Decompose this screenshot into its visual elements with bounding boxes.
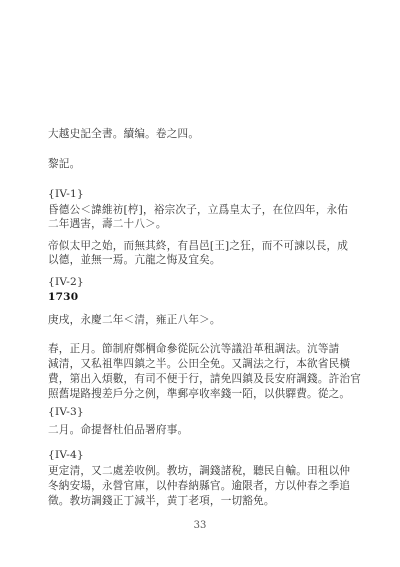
paragraph-line: 帝似太甲之始，而無其終，有昌邑[王]之狂，而不可諫以長，成	[48, 240, 348, 253]
paragraph-line: 減清，又私祖準四鎮之半。公田全免。又調法之行，本欲省民橫	[48, 358, 350, 371]
paragraph-line: 冬納安場，永營官庫，以仲春納縣官。逾限者，方以仲春之季追	[48, 480, 350, 493]
paragraph-line: 二年遇害，壽二十八＞。	[48, 218, 167, 231]
entry-tag: {IV-2}	[48, 276, 84, 289]
paragraph-line: 照舊堤路搜差戶分之例，準郵亭收率錢一陌，以供驛費。從之。	[48, 388, 350, 401]
section-heading: 黎記。	[48, 158, 80, 171]
page-number: 33	[0, 520, 400, 531]
paragraph-line: 徵。教坊調錢正丁減半，黄丁老項，一切豁免。	[48, 495, 275, 508]
paragraph-line: 二月。命提督杜伯品署府事。	[48, 424, 188, 437]
paragraph-line: 昏德公＜諱維祊[梈]，裕宗次子，立爲皇太子，在位四年，永佑	[48, 204, 348, 217]
paragraph-line: 更定清，又二處差收例。教坊，調錢諸稅，聽民自輸。田租以仲	[48, 465, 350, 478]
entry-tag: {IV-4}	[48, 449, 84, 462]
paragraph-line: 以德，並無一焉。亢龍之悔及宜矣。	[48, 254, 221, 267]
paragraph-line: 費，第出入煩數，有司不便于行，請免四鎮及長安府調錢。許治官	[48, 373, 361, 386]
year-heading: 1730	[48, 291, 78, 304]
paragraph-line: 春，正月。節制府鄭棡命參從阮公沆等議沿革租調法。沆等請	[48, 343, 339, 356]
entry-tag: {IV-3}	[48, 406, 84, 419]
book-title: 大越史記全書。續编。卷之四。	[48, 128, 199, 141]
paragraph-line: 庚戌，永慶二年＜清，雍正八年＞。	[48, 314, 221, 327]
entry-tag: {IV-1}	[48, 188, 84, 201]
document-page: 大越史記全書。續编。卷之四。 黎記。 {IV-1} 昏德公＜諱維祊[梈]，裕宗次…	[0, 0, 400, 567]
